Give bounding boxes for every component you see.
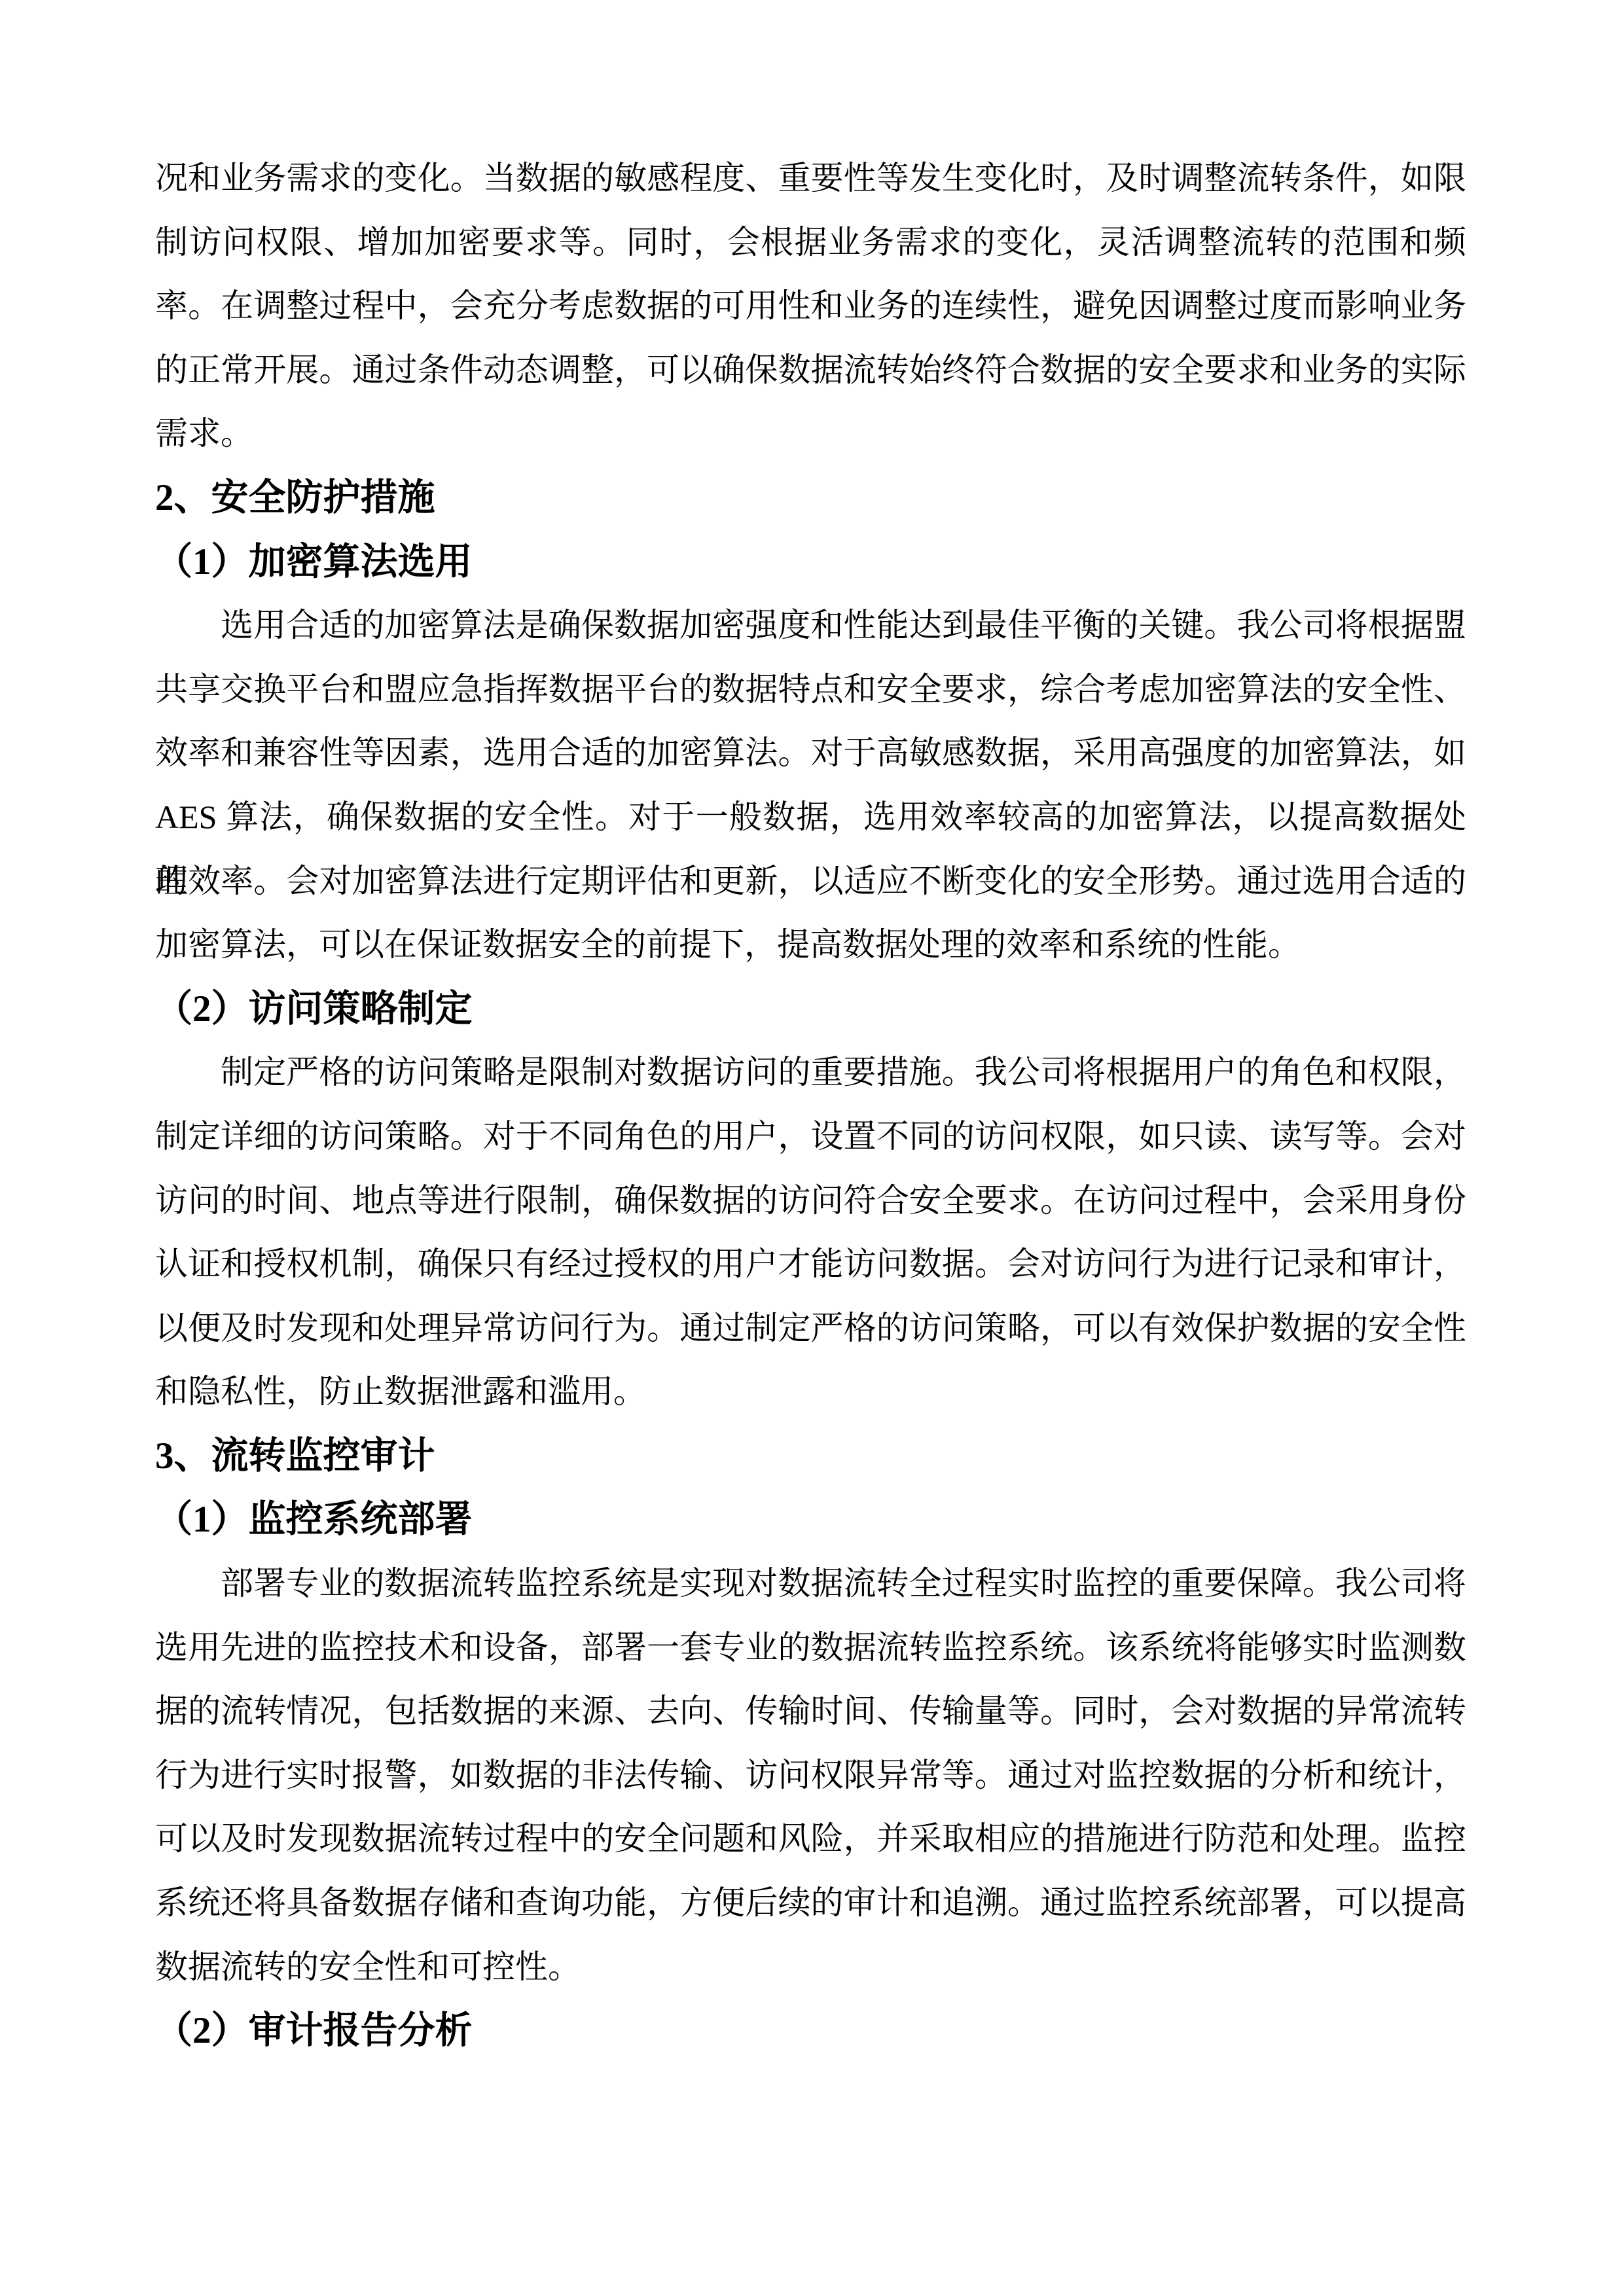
paragraph-line: 和隐私性，防止数据泄露和滥用。 <box>155 1360 1466 1424</box>
paragraph-line: 制定严格的访问策略是限制对数据访问的重要措施。我公司将根据用户的角色和权限， <box>155 1041 1466 1105</box>
subsection-heading: （1）加密算法选用 <box>155 530 1466 594</box>
paragraph-line: 况和业务需求的变化。当数据的敏感程度、重要性等发生变化时，及时调整流转条件，如限 <box>155 147 1466 211</box>
paragraph-line: 制访问权限、增加加密要求等。同时，会根据业务需求的变化，灵活调整流转的范围和频 <box>155 211 1466 275</box>
paragraph-line: 部署专业的数据流转监控系统是实现对数据流转全过程实时监控的重要保障。我公司将 <box>155 1552 1466 1616</box>
paragraph-line: 选用先进的监控技术和设备，部署一套专业的数据流转监控系统。该系统将能够实时监测数 <box>155 1616 1466 1680</box>
paragraph-line: 以便及时发现和处理异常访问行为。通过制定严格的访问策略，可以有效保护数据的安全性 <box>155 1297 1466 1361</box>
section-heading: 2、安全防护措施 <box>155 466 1466 530</box>
paragraph-line: 率。在调整过程中，会充分考虑数据的可用性和业务的连续性，避免因调整过度而影响业务 <box>155 274 1466 338</box>
paragraph-line: 认证和授权机制，确保只有经过授权的用户才能访问数据。会对访问行为进行记录和审计， <box>155 1232 1466 1297</box>
paragraph-line: 数据流转的安全性和可控性。 <box>155 1935 1466 2000</box>
paragraph-line: 加密算法，可以在保证数据安全的前提下，提高数据处理的效率和系统的性能。 <box>155 913 1466 977</box>
paragraph-line: AES 算法，确保数据的安全性。对于一般数据，选用效率较高的加密算法，以提高数据… <box>155 785 1466 850</box>
text-block: 况和业务需求的变化。当数据的敏感程度、重要性等发生变化时，及时调整流转条件，如限… <box>155 147 1466 2063</box>
paragraph-line: 据的流转情况，包括数据的来源、去向、传输时间、传输量等。同时，会对数据的异常流转 <box>155 1679 1466 1744</box>
paragraph-line: 行为进行实时报警，如数据的非法传输、访问权限异常等。通过对监控数据的分析和统计， <box>155 1744 1466 1808</box>
paragraph-line: 访问的时间、地点等进行限制，确保数据的访问符合安全要求。在访问过程中，会采用身份 <box>155 1169 1466 1233</box>
paragraph-line: 可以及时发现数据流转过程中的安全问题和风险，并采取相应的措施进行防范和处理。监控 <box>155 1807 1466 1871</box>
subsection-heading: （2）审计报告分析 <box>155 1999 1466 2063</box>
paragraph-line: 系统还将具备数据存储和查询功能，方便后续的审计和追溯。通过监控系统部署，可以提高 <box>155 1871 1466 1935</box>
section-heading: 3、流转监控审计 <box>155 1424 1466 1488</box>
paragraph-line: 的效率。会对加密算法进行定期评估和更新，以适应不断变化的安全形势。通过选用合适的 <box>155 850 1466 914</box>
paragraph-line: 的正常开展。通过条件动态调整，可以确保数据流转始终符合数据的安全要求和业务的实际 <box>155 338 1466 403</box>
paragraph-line: 共享交换平台和盟应急指挥数据平台的数据特点和安全要求，综合考虑加密算法的安全性、 <box>155 658 1466 722</box>
paragraph-line: 效率和兼容性等因素，选用合适的加密算法。对于高敏感数据，采用高强度的加密算法，如 <box>155 721 1466 785</box>
paragraph-line: 需求。 <box>155 402 1466 466</box>
paragraph-line: 制定详细的访问策略。对于不同角色的用户，设置不同的访问权限，如只读、读写等。会对 <box>155 1105 1466 1169</box>
page: 况和业务需求的变化。当数据的敏感程度、重要性等发生变化时，及时调整流转条件，如限… <box>0 0 1624 2296</box>
paragraph-line: 选用合适的加密算法是确保数据加密强度和性能达到最佳平衡的关键。我公司将根据盟 <box>155 594 1466 658</box>
subsection-heading: （2）访问策略制定 <box>155 977 1466 1041</box>
subsection-heading: （1）监控系统部署 <box>155 1488 1466 1552</box>
